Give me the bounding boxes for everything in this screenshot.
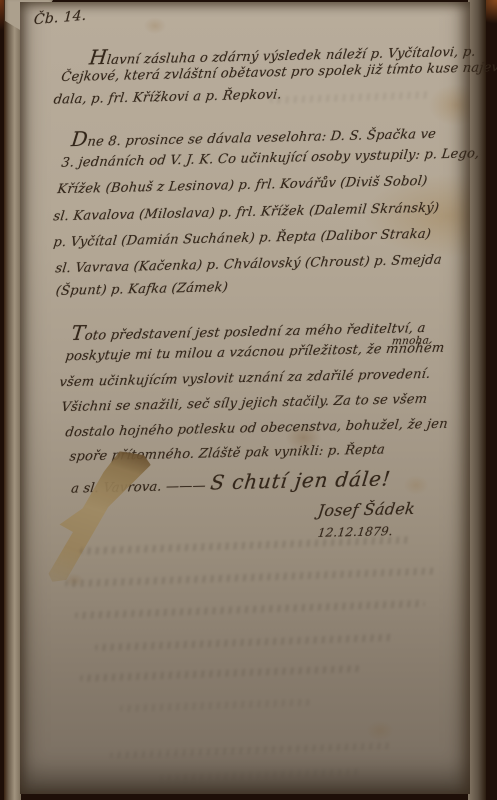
signature-name: Josef Šádek: [317, 499, 416, 520]
page-edge-right: [468, 0, 486, 800]
ghost-bleedthrough-line: [160, 769, 360, 783]
manuscript-line: Všichni se snažili, seč síly jejich stač…: [61, 392, 429, 415]
ghost-bleedthrough-line: [95, 634, 395, 651]
closing-exclamation: S chutí jen dále!: [209, 466, 392, 494]
manuscript-line: sl. Kavalova (Miloslava) p. frl. Křížek …: [53, 201, 440, 225]
manuscript-line: a sl. Vavrova. ———: [70, 479, 206, 497]
paper-page: Čb. 14. Hlavní zásluha o zdárný výsledek…: [20, 2, 470, 794]
manuscript-photo: Čb. 14. Hlavní zásluha o zdárný výsledek…: [0, 0, 497, 800]
manuscript-line: 3. jednáních od V. J. K. Co učinkující o…: [61, 146, 481, 170]
manuscript-line: (Špunt) p. Kafka (Zámek): [55, 280, 229, 299]
manuscript-line: Křížek (Bohuš z Lesinova) p. frl. Kovářů…: [57, 174, 429, 197]
manuscript-line: dala, p. frl. Křížkovi a p. Řepkovi.: [53, 87, 283, 107]
ghost-bleedthrough-line: [65, 568, 435, 588]
ghost-bleedthrough-line: [75, 600, 425, 619]
stacked-page-edges: [4, 0, 21, 800]
manuscript-line: p. Vyčítal (Damián Suchánek) p. Řepta (D…: [53, 227, 432, 251]
ghost-bleedthrough-line: [270, 91, 430, 104]
manuscript-line: všem učinkujícím vyslovit uznání za zdař…: [59, 367, 432, 390]
manuscript-line: dostalo hojného potlesku od obecenstva, …: [65, 417, 449, 441]
interline-insertion: mnoha: [391, 335, 430, 348]
ghost-bleedthrough-line: [80, 665, 360, 682]
manuscript-line: poskytuje mi tu milou a vzácnou příležit…: [65, 341, 446, 365]
corner-label: Čb. 14.: [33, 8, 87, 28]
ghost-bleedthrough-line: [80, 536, 410, 555]
ghost-bleedthrough-line: [110, 742, 390, 759]
manuscript-line: Toto představení jest poslední za mého ř…: [70, 313, 427, 345]
ghost-bleedthrough-line: [120, 699, 310, 713]
ink-streak-stain: [39, 447, 152, 586]
manuscript-line: Dne 8. prosince se dávala veselohra: D. …: [70, 119, 438, 151]
manuscript-line: sl. Vavrava (Kačenka) p. Chválovský (Chr…: [55, 253, 443, 277]
